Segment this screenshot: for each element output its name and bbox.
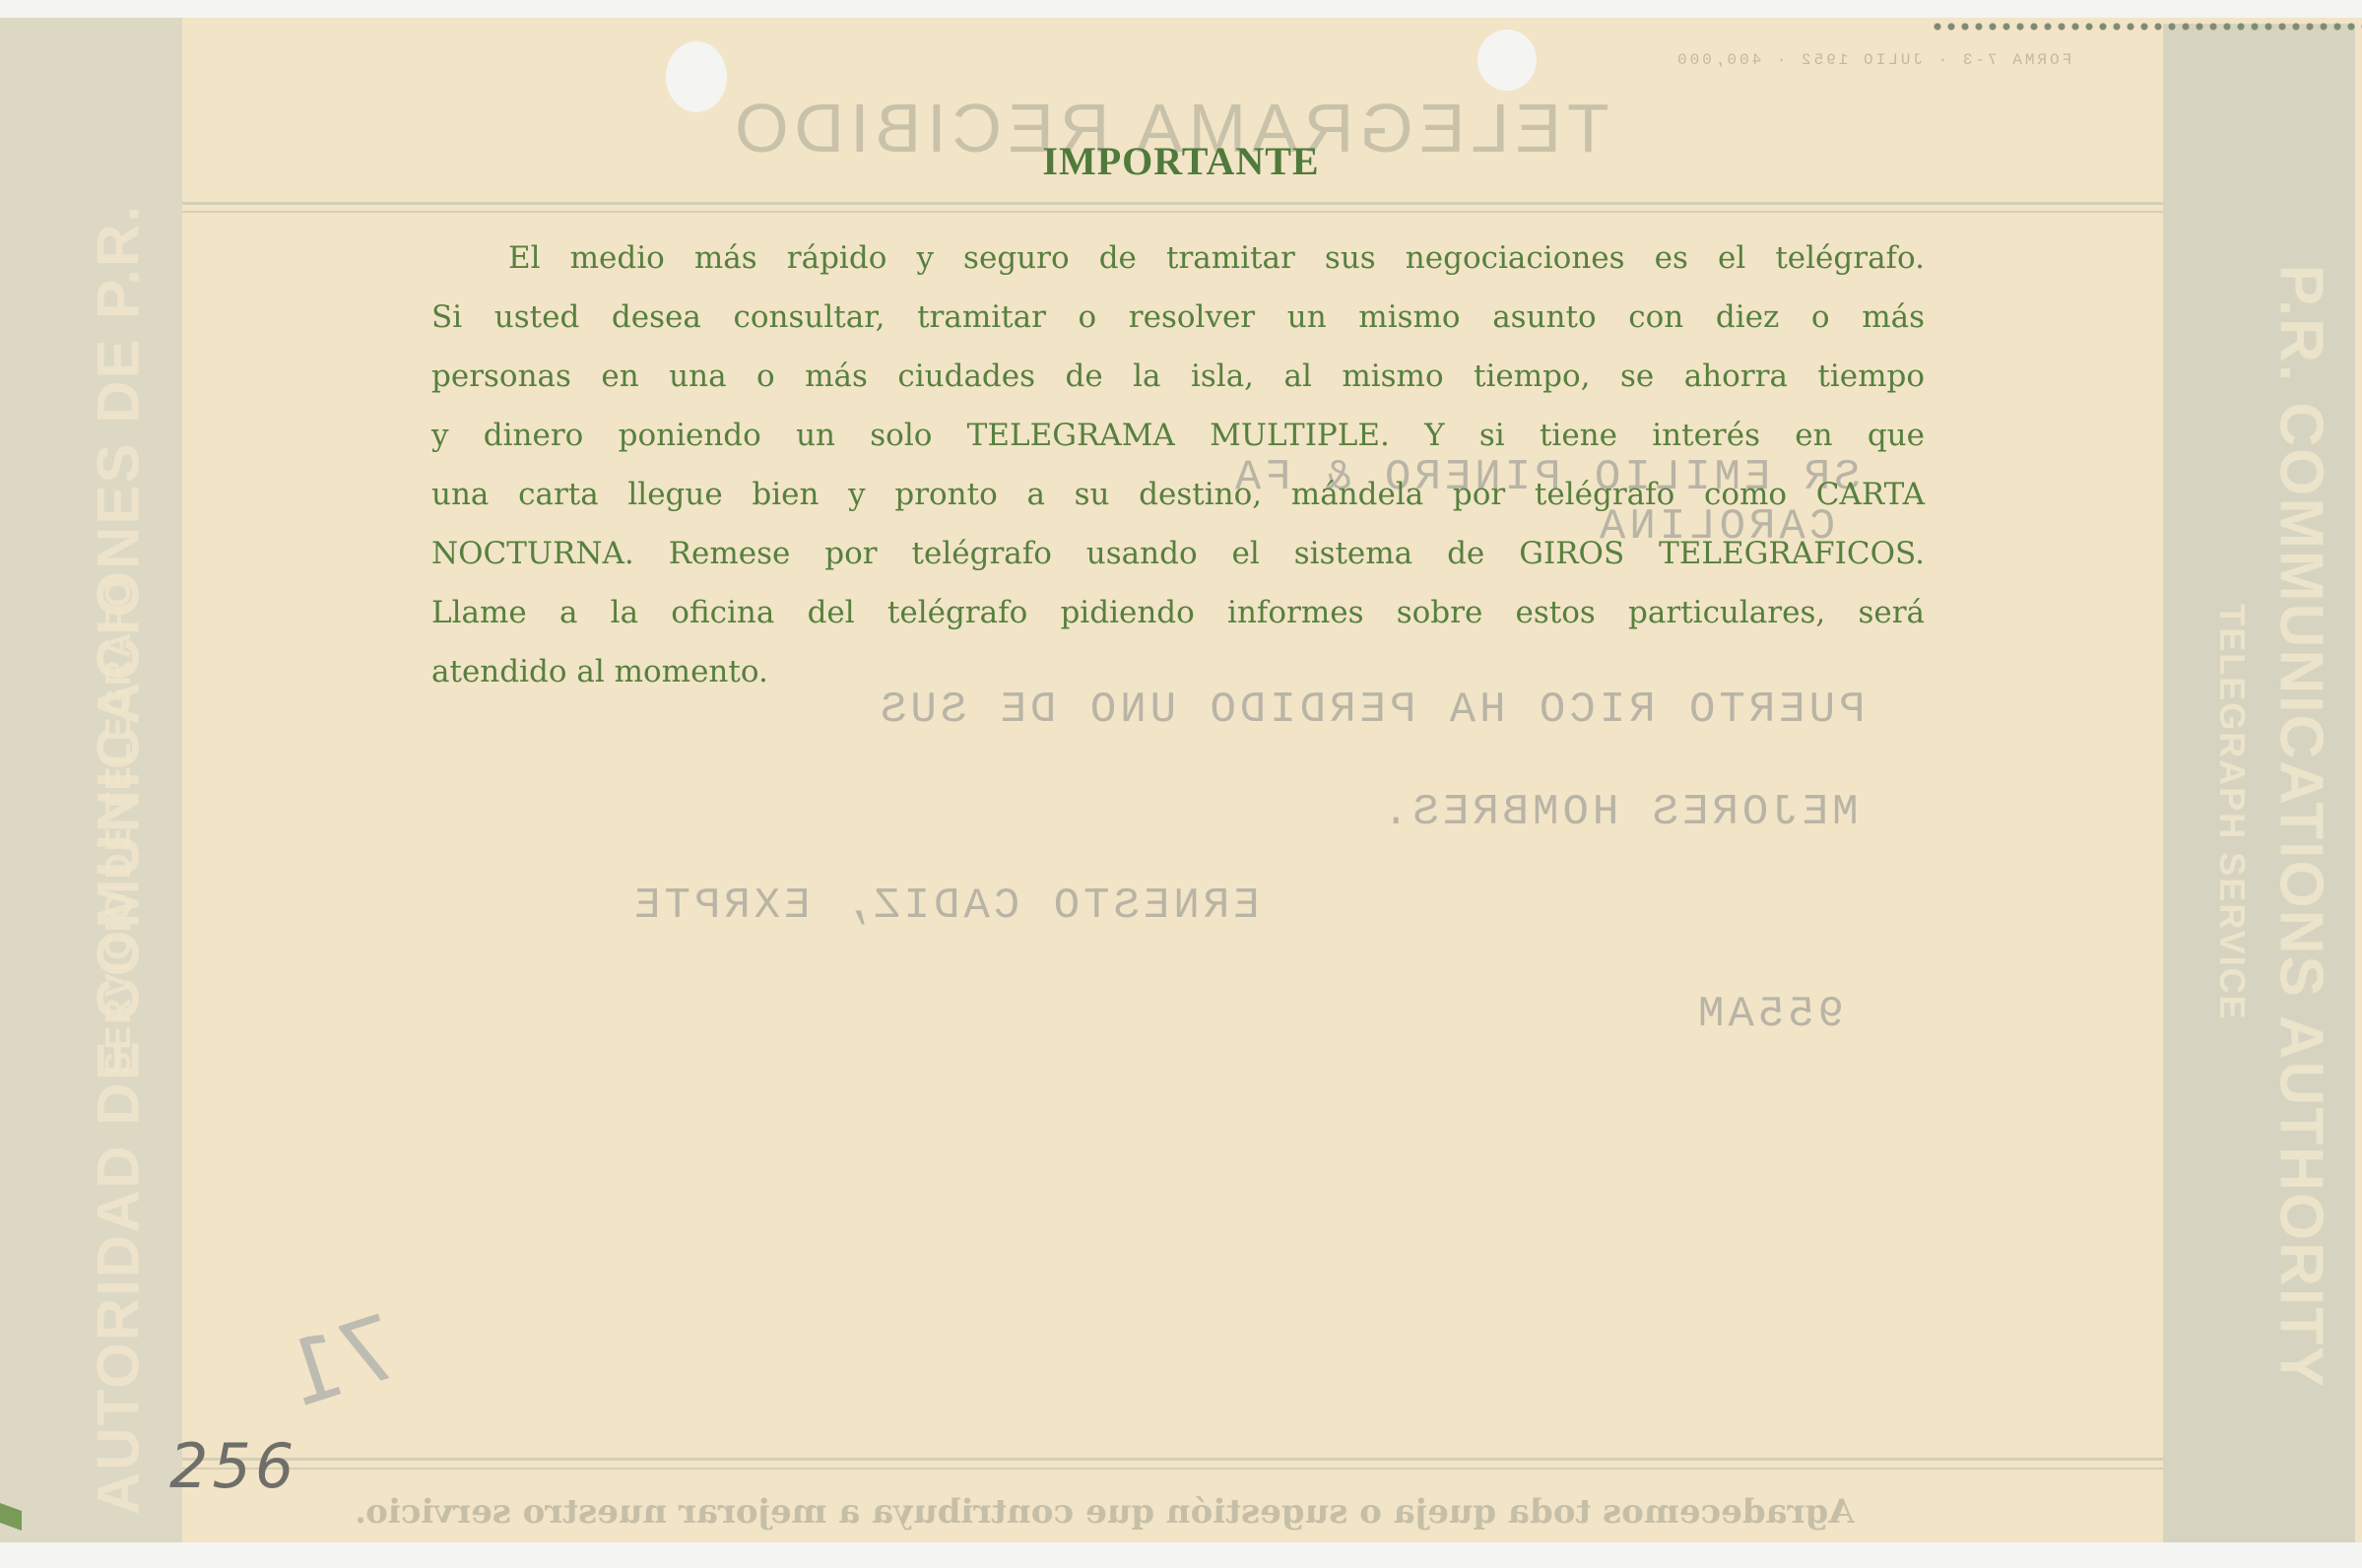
right-side-strip: P.R. COMMUNICATIONS AUTHORITY TELEGRAPH … [2163, 24, 2355, 1542]
body-line: y dinero poniendo un solo TELEGRAMA MULT… [431, 406, 1925, 465]
header-rule-2 [182, 211, 2163, 213]
handwritten-page-number: 256 [169, 1430, 297, 1502]
body-line: Llame a la oficina del telégrafo pidiend… [431, 583, 1925, 642]
bleed-message-line-4: 955AM [1694, 990, 1844, 1039]
perforation-edge [1931, 20, 2362, 33]
bleed-form-number: FORMA 7-3 · JULIO 1952 · 400,000 [1674, 51, 2071, 69]
bleed-message-line-3: ERNESTO CADIZ, EXRPTE [630, 882, 1260, 931]
body-line: una carta llegue bien y pronto a su dest… [431, 465, 1925, 524]
bleed-message-line-2: MEJORES HOMBRES. [1379, 788, 1858, 837]
important-heading: IMPORTANTE [0, 138, 2362, 184]
footer-rule [182, 1458, 2163, 1461]
body-line: personas en una o más ciudades de la isl… [431, 347, 1925, 406]
notice-body: El medio más rápido y seguro de tramitar… [431, 229, 1925, 701]
punch-hole-left [666, 41, 727, 112]
right-strip-agency-text: P.R. COMMUNICATIONS AUTHORITY [2266, 138, 2336, 1517]
body-line: Si usted desea consultar, tramitar o res… [431, 288, 1925, 347]
left-side-strip: AUTORIDAD DE COMUNICACIONES DE P.R. SERV… [0, 18, 182, 1542]
right-strip-service-text: TELEGRAPH SERVICE [2211, 369, 2253, 1256]
body-line: atendido al momento. [431, 642, 1925, 701]
bleed-footer-text: Agradecemos toda queja o sugestión que c… [355, 1492, 1855, 1532]
punch-hole-right [1477, 30, 1537, 91]
footer-rule-2 [182, 1468, 2163, 1470]
body-line: El medio más rápido y seguro de tramitar… [431, 229, 1925, 288]
header-rule [182, 202, 2163, 205]
left-strip-service-text: SERVICIO DE TELEGRAFO [98, 383, 139, 1270]
body-line: NOCTURNA. Remese por telégrafo usando el… [431, 524, 1925, 583]
